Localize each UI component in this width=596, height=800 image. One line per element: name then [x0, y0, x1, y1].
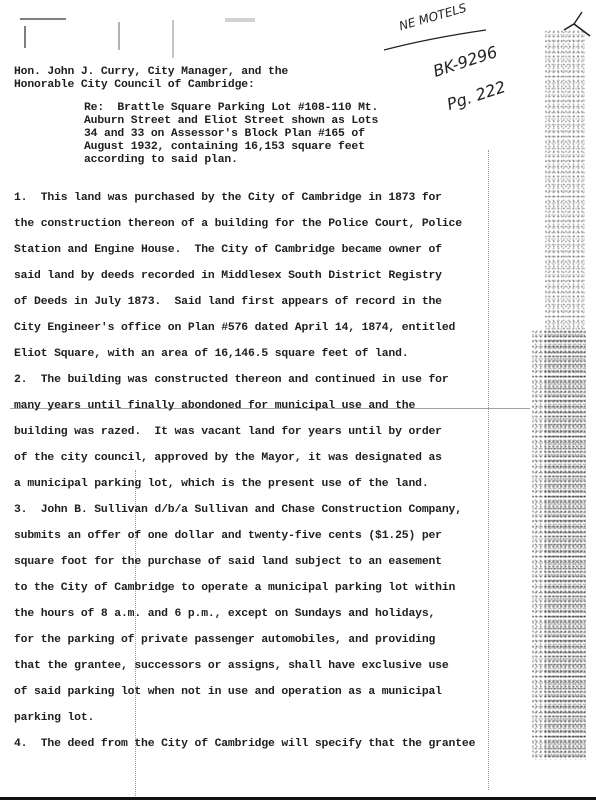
- re-line-5: according to said plan.: [84, 154, 238, 166]
- scan-fold-line: [488, 150, 489, 790]
- scan-noise-band-lower: [532, 330, 586, 760]
- paragraph-2-line: of the city council, approved by the May…: [14, 452, 442, 464]
- paragraph-3-line: parking lot.: [14, 712, 94, 724]
- paragraph-3-line: square foot for the purchase of said lan…: [14, 556, 442, 568]
- paragraph-1-line: 1. This land was purchased by the City o…: [14, 192, 442, 204]
- stamp-artifact: [20, 18, 66, 20]
- paragraph-1-line: said land by deeds recorded in Middlesex…: [14, 270, 442, 282]
- addressee-line-1: Hon. John J. Curry, City Manager, and th…: [14, 66, 288, 78]
- stamp-artifact: [118, 22, 120, 50]
- paragraph-1-line: City Engineer's office on Plan #576 date…: [14, 322, 455, 334]
- paragraph-1-line: the construction thereon of a building f…: [14, 218, 462, 230]
- scanned-document-page: NE MOTELS BK-9296 Pg. 222 Hon. John J. C…: [0, 0, 596, 800]
- paragraph-3-line: to the City of Cambridge to operate a mu…: [14, 582, 455, 594]
- paragraph-3-line: for the parking of private passenger aut…: [14, 634, 435, 646]
- handwritten-checkmark-icon: [560, 8, 596, 40]
- addressee-line-2: Honorable City Council of Cambridge:: [14, 79, 255, 91]
- stamp-artifact: [172, 20, 174, 58]
- re-line-2: Auburn Street and Eliot Street shown as …: [84, 115, 378, 127]
- handwritten-note-page: Pg. 222: [445, 77, 508, 114]
- paragraph-3-line: the hours of 8 a.m. and 6 p.m., except o…: [14, 608, 435, 620]
- re-line-3: 34 and 33 on Assessor's Block Plan #165 …: [84, 128, 365, 140]
- stamp-artifact: [225, 18, 255, 22]
- paragraph-3-line: of said parking lot when not in use and …: [14, 686, 442, 698]
- paragraph-4-line: 4. The deed from the City of Cambridge w…: [14, 738, 475, 750]
- re-line-4: August 1932, containing 16,153 square fe…: [84, 141, 365, 153]
- paragraph-1-line: Eliot Square, with an area of 16,146.5 s…: [14, 348, 408, 360]
- paragraph-3-line: submits an offer of one dollar and twent…: [14, 530, 442, 542]
- paragraph-2-line: building was razed. It was vacant land f…: [14, 426, 442, 438]
- paragraph-1-line: of Deeds in July 1873. Said land first a…: [14, 296, 442, 308]
- paragraph-2-line: 2. The building was constructed thereon …: [14, 374, 449, 386]
- paragraph-3-line: that the grantee, successors or assigns,…: [14, 660, 449, 672]
- paragraph-3-line: 3. John B. Sullivan d/b/a Sullivan and C…: [14, 504, 462, 516]
- paragraph-2-line: many years until finally abondoned for m…: [14, 400, 415, 412]
- stamp-artifact: [24, 26, 26, 48]
- paragraph-2-line: a municipal parking lot, which is the pr…: [14, 478, 429, 490]
- paragraph-1-line: Station and Engine House. The City of Ca…: [14, 244, 442, 256]
- re-line-1: Re: Brattle Square Parking Lot #108-110 …: [84, 102, 378, 114]
